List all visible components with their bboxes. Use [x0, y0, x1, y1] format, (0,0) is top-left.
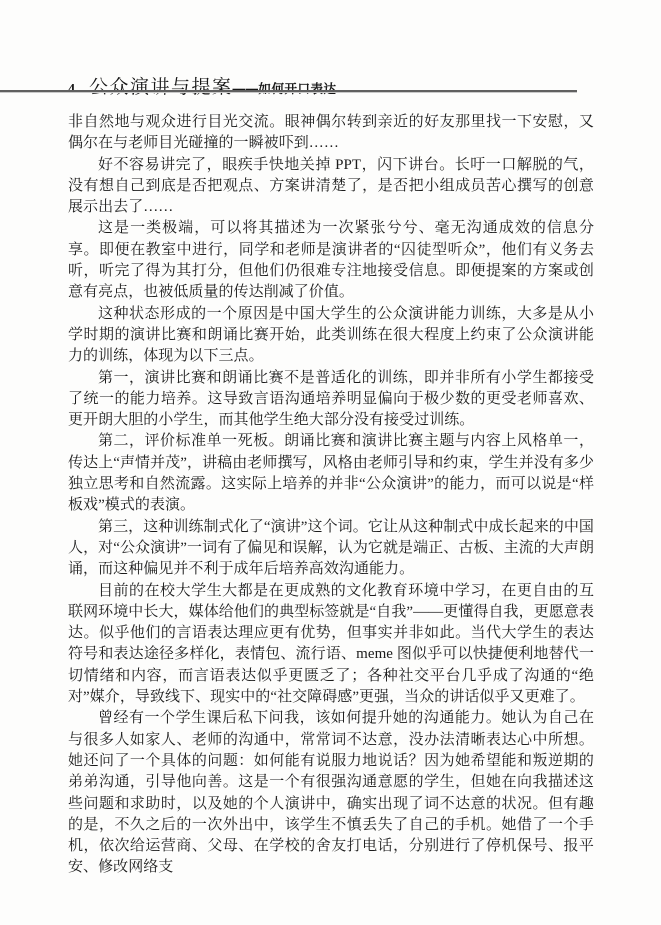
book-title: 公众演讲与提案 — [89, 72, 233, 99]
header-rule — [0, 90, 577, 93]
paragraph: 目前的在校大学生大都是在更成熟的文化教育环境中学习，在更自由的互联网环境中长大，… — [68, 581, 594, 709]
body-text: 非自然地与观众进行目光交流。眼神偶尔转到亲近的好友那里找一下安慰，又偶尔在与老师… — [68, 112, 594, 879]
paragraph: 曾经有一个学生课后私下问我，该如何提升她的沟通能力。她认为自己在与很多人如家人、… — [68, 708, 594, 878]
chapter-subtitle: ——如何开口表达 — [233, 79, 337, 97]
paragraph: 第三，这种训练制式化了“演讲”这个词。它让从这种制式中成长起来的中国人，对“公众… — [68, 517, 594, 581]
paragraph: 好不容易讲完了，眼疾手快地关掉 PPT，闪下讲台。长吁一口解脱的气，没有想自己到… — [68, 155, 594, 219]
book-page: 4 公众演讲与提案 ——如何开口表达 非自然地与观众进行目光交流。眼神偶尔转到亲… — [0, 0, 661, 925]
paragraph: 非自然地与观众进行目光交流。眼神偶尔转到亲近的好友那里找一下安慰，又偶尔在与老师… — [68, 112, 594, 155]
paragraph: 这是一类极端，可以将其描述为一次紧张兮兮、毫无沟通成效的信息分享。即便在教室中进… — [68, 218, 594, 303]
paragraph: 这种状态形成的一个原因是中国大学生的公众演讲能力训练，大多是从小学时期的演讲比赛… — [68, 304, 594, 368]
running-header: 4 公众演讲与提案 ——如何开口表达 — [68, 72, 337, 99]
paragraph: 第一，演讲比赛和朗诵比赛不是普适化的训练，即并非所有小学生都接受了统一的能力培养… — [68, 368, 594, 432]
paragraph: 第二，评价标准单一死板。朗诵比赛和演讲比赛主题与内容上风格单一，传达上“声情并茂… — [68, 431, 594, 516]
